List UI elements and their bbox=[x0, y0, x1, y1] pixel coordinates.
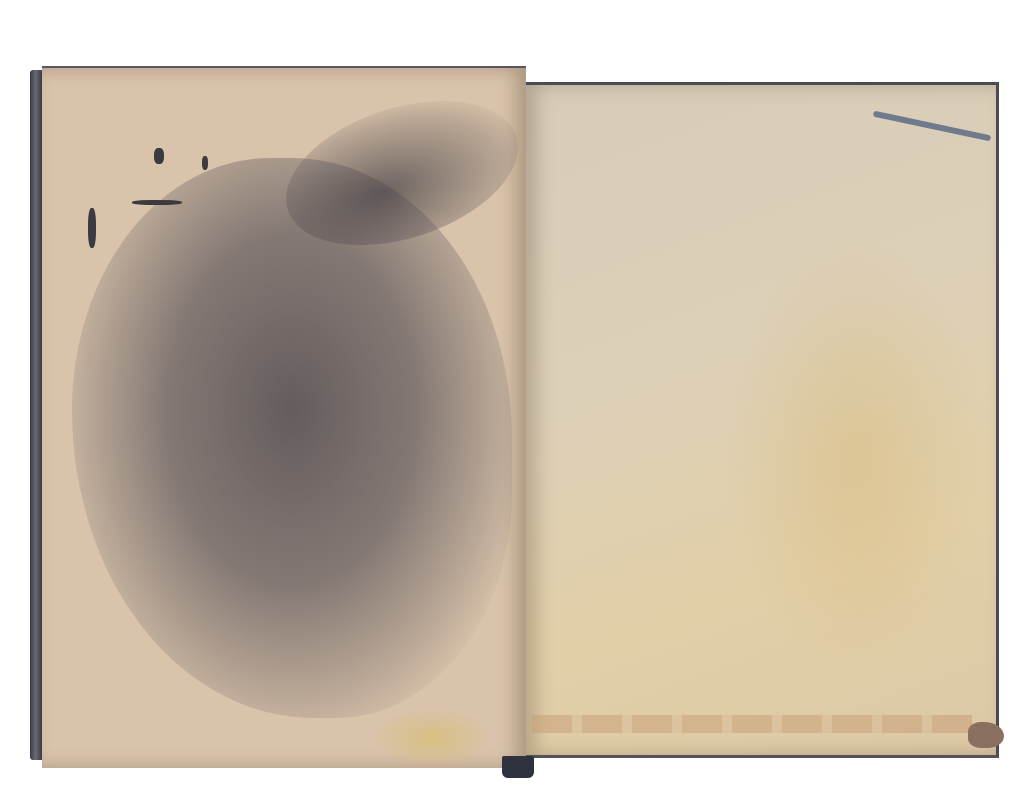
ink-mark bbox=[88, 208, 96, 248]
yellow-water-stain bbox=[372, 708, 492, 768]
ink-mark bbox=[154, 148, 164, 164]
yellow-discoloration bbox=[726, 235, 986, 685]
right-page bbox=[526, 82, 999, 758]
open-book bbox=[0, 0, 1024, 810]
bookmark-ribbon bbox=[502, 756, 534, 778]
blue-streak bbox=[873, 111, 992, 142]
dark-ink-stain bbox=[72, 158, 512, 718]
ink-mark bbox=[202, 156, 208, 170]
left-page bbox=[42, 66, 526, 768]
ink-mark bbox=[132, 200, 182, 205]
faded-bottom-band bbox=[532, 715, 972, 733]
damaged-corner bbox=[968, 722, 1004, 748]
